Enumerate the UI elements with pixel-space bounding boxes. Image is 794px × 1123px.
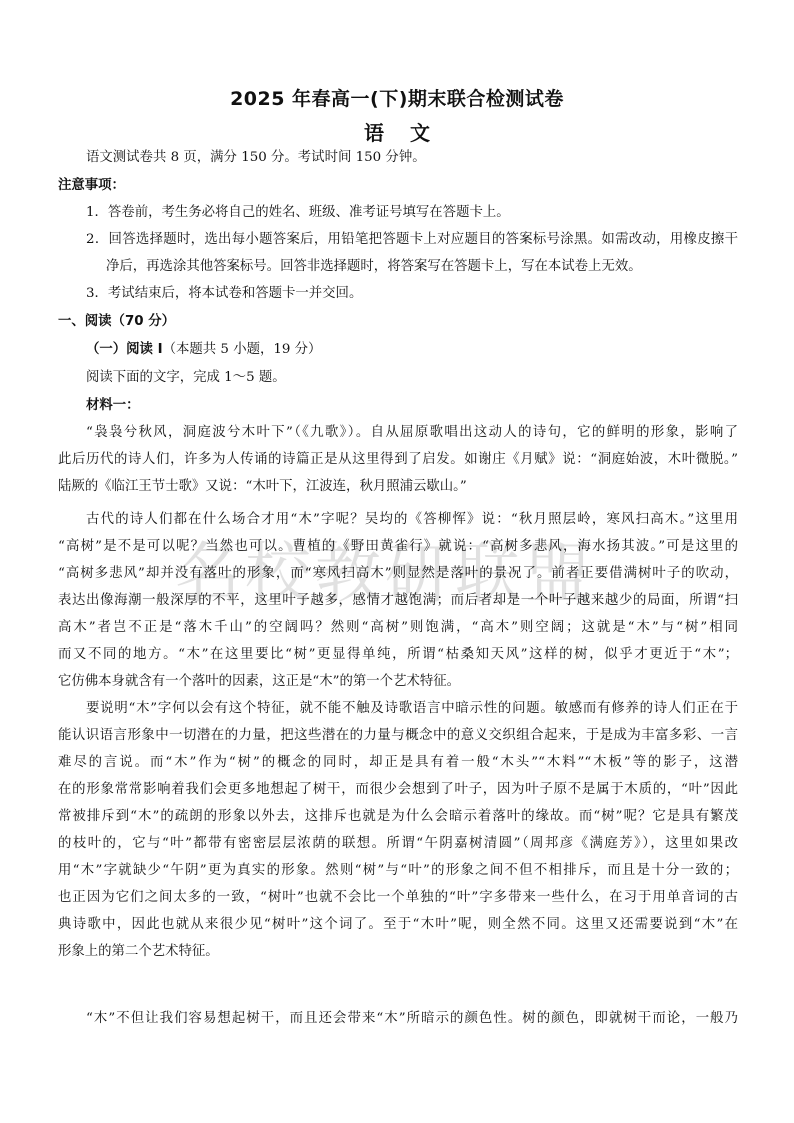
notice-item-2-cont: 净后，再选涂其他答案标号。回答非选择题时，将答案写在答题卡上，写在本试卷上无效。 <box>106 259 786 275</box>
passage-line: 用“木”字就缺少“午阴”更为真实的形象。然则“树”与“叶”的形象之间不但不相排斥… <box>58 863 738 879</box>
passage-line: 的枝叶的，它与“叶”都带有密密层层浓荫的联想。所谓“午阴嘉树清圆”（周邦彦《满庭… <box>58 836 738 852</box>
exam-title: 2025 年春高一(下)期末联合检测试卷 <box>0 84 794 111</box>
passage-line: “袅袅兮秋风，洞庭波兮木叶下”（《九歌》）。自从屈原歌唱出这动人的诗句，它的鲜明… <box>86 425 738 441</box>
exam-intro: 语文测试卷共 8 页，满分 150 分。考试时间 150 分钟。 <box>86 150 766 166</box>
passage-line: 典诗歌中，因此也就从来很少见“树叶”这个词了。至于“木叶”呢，则全然不同。这里又… <box>58 917 738 933</box>
passage-line: “木”不但让我们容易想起树干，而且还会带来“木”所暗示的颜色性。树的颜色，即就树… <box>86 1011 738 1027</box>
subsection-title: （一）阅读 I <box>86 342 163 357</box>
passage-line: 高木”者岂不正是“落木千山”的空阔吗？然则“高树”则饱满，“高木”则空阔；这就是… <box>58 620 738 636</box>
notice-item-3: 3．考试结束后，将本试卷和答题卡一并交回。 <box>86 286 766 302</box>
material-label: 材料一： <box>86 398 766 414</box>
passage-line: 而又不同的地方。“木”在这里要比“树”更显得单纯，所谓“枯桑知天风”这样的树，似… <box>58 647 738 663</box>
passage-line: 常被排斥到“木”的疏朗的形象以外去，这排斥也就是为什么会暗示着落叶的缘故。而“树… <box>58 809 738 825</box>
notice-item-2: 2．回答选择题时，选出每小题答案后，用铅笔把答题卡上对应题目的答案标号涂黑。如需… <box>86 232 738 248</box>
exam-page: 2025 年春高一(下)期末联合检测试卷 语文 语文测试卷共 8 页，满分 15… <box>0 0 794 1123</box>
passage-line: 在的形象常常影响着我们会更多地想起了树干，而很少会想到了叶子，因为叶子原不是属于… <box>58 782 738 798</box>
subsection-heading: （一）阅读 I（本题共 5 小题，19 分） <box>86 342 766 358</box>
notice-item-1: 1．答卷前，考生务必将自己的姓名、班级、准考证号填写在答题卡上。 <box>86 205 766 221</box>
passage-line: 陆厥的《临江王节士歌》又说：“木叶下，江波连，秋月照浦云歇山。” <box>58 479 738 495</box>
reading-instruction: 阅读下面的文字，完成 1～5 题。 <box>86 370 766 386</box>
subsection-meta: （本题共 5 小题，19 分） <box>163 342 322 357</box>
section-heading: 一、阅读（70 分） <box>58 314 738 330</box>
passage-line: “高树多悲风”却并没有落叶的形象，而“寒风扫高木”则显然是落叶的景况了。前者正要… <box>58 566 738 582</box>
passage-line: 表达出像海潮一般深厚的不平，这里叶子越多，感情才越饱满；而后者却是一个叶子越来越… <box>58 593 738 609</box>
passage-line: 能认识语言形象中一切潜在的力量，把这些潜在的力量与概念中的意义交织组合起来，于是… <box>58 728 738 744</box>
notice-heading: 注意事项： <box>58 178 738 194</box>
passage-line: 要说明“木”字何以会有这个特征，就不能不触及诗歌语言中暗示性的问题。敏感而有修养… <box>86 701 738 717</box>
passage-line: 古代的诗人们都在什么场合才用“木”字呢？吴均的《答柳恽》说：“秋月照层岭，寒风扫… <box>86 512 738 528</box>
passage-line: 此后历代的诗人们，许多为人传诵的诗篇正是从这里得到了启发。如谢庄《月赋》说：“洞… <box>58 452 738 468</box>
passage-line: 难尽的言说。而“木”作为“树”的概念的同时，却正是具有着一般“木头”“木料”“木… <box>58 755 738 771</box>
passage-line: 它仿佛本身就含有一个落叶的因素，这正是“木”的第一个艺术特征。 <box>58 674 738 690</box>
subject-title: 语文 <box>0 117 794 146</box>
passage-line: 也正因为它们之间太多的一致，“树叶”也就不会比一个单独的“叶”字多带来一些什么，… <box>58 890 738 906</box>
passage-line: 形象上的第二个艺术特征。 <box>58 944 738 960</box>
passage-line: “高树”是不是可以呢？当然也可以。曹植的《野田黄雀行》就说：“高树多悲风，海水扬… <box>58 539 738 555</box>
